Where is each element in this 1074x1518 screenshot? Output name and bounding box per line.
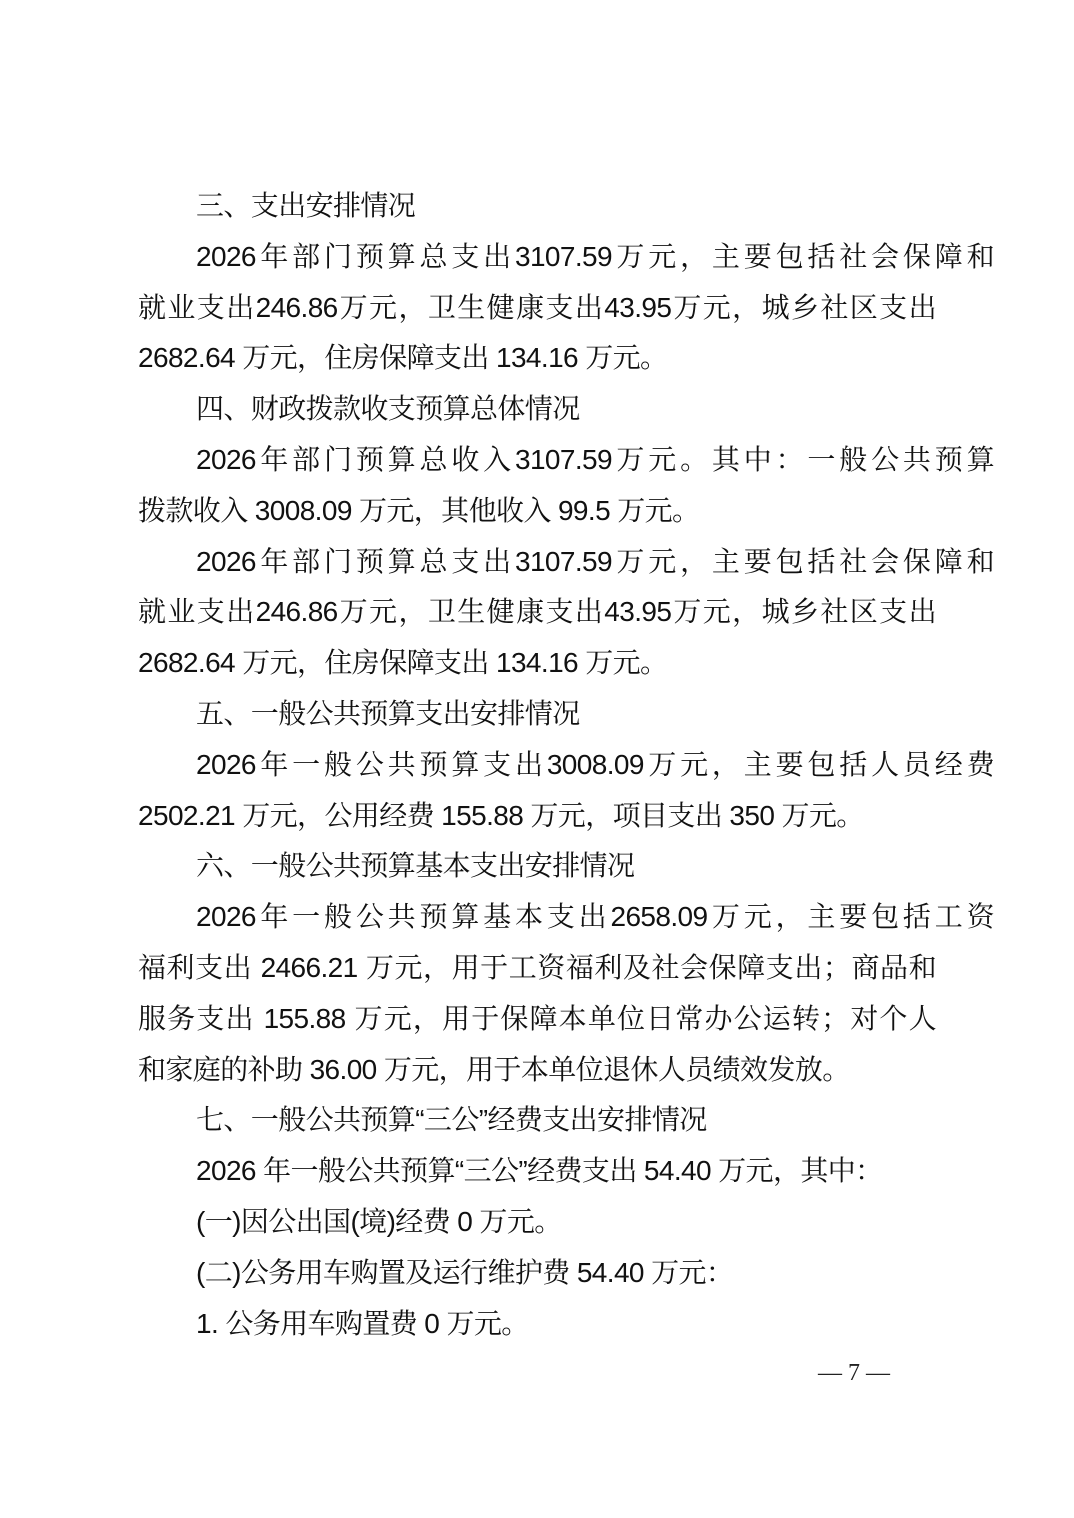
section-heading-7: 七、一般公共预算“三公”经费支出安排情况 <box>138 1095 938 1146</box>
section-heading-5: 五、一般公共预算支出安排情况 <box>138 689 938 740</box>
section-heading-4: 四、财政拨款收支预算总体情况 <box>138 384 938 435</box>
paragraph-line: 福利支出 2466.21 万元，用于工资福利及社会保障支出；商品和 <box>138 943 936 994</box>
paragraph-line: 2026年部门预算总收入3107.59万元。其中：一般公共预算 <box>138 435 994 486</box>
section-heading-6: 六、一般公共预算基本支出安排情况 <box>138 841 938 892</box>
paragraph-line: 服务支出 155.88 万元，用于保障本单位日常办公运转；对个人 <box>138 994 936 1045</box>
section-heading-3: 三、支出安排情况 <box>138 181 938 232</box>
list-item: (二)公务用车购置及运行维护费 54.40 万元： <box>138 1248 938 1299</box>
paragraph-line: 2682.64 万元，住房保障支出 134.16 万元。 <box>138 638 938 689</box>
list-item: (一)因公出国(境)经费 0 万元。 <box>138 1197 938 1248</box>
paragraph-line: 2502.21 万元，公用经费 155.88 万元，项目支出 350 万元。 <box>138 791 938 842</box>
paragraph-line: 2026年部门预算总支出3107.59万元，主要包括社会保障和 <box>138 232 994 283</box>
paragraph-line: 2026年部门预算总支出3107.59万元，主要包括社会保障和 <box>138 537 994 588</box>
paragraph-line: 2682.64 万元，住房保障支出 134.16 万元。 <box>138 333 938 384</box>
paragraph-line: 2026年一般公共预算基本支出2658.09万元，主要包括工资 <box>138 892 994 943</box>
page-number: — 7 — <box>818 1360 918 1387</box>
paragraph-line: 就业支出246.86万元，卫生健康支出43.95万元，城乡社区支出 <box>138 587 936 638</box>
paragraph-line: 2026 年一般公共预算“三公”经费支出 54.40 万元，其中： <box>138 1146 938 1197</box>
paragraph-line: 和家庭的补助 36.00 万元，用于本单位退休人员绩效发放。 <box>138 1045 938 1096</box>
document-body: 三、支出安排情况 2026年部门预算总支出3107.59万元，主要包括社会保障和… <box>138 181 938 1349</box>
paragraph-line: 就业支出246.86万元，卫生健康支出43.95万元，城乡社区支出 <box>138 283 936 334</box>
paragraph-line: 2026年一般公共预算支出3008.09万元，主要包括人员经费 <box>138 740 994 791</box>
list-item: 1. 公务用车购置费 0 万元。 <box>138 1299 938 1350</box>
paragraph-line: 拨款收入 3008.09 万元，其他收入 99.5 万元。 <box>138 486 938 537</box>
